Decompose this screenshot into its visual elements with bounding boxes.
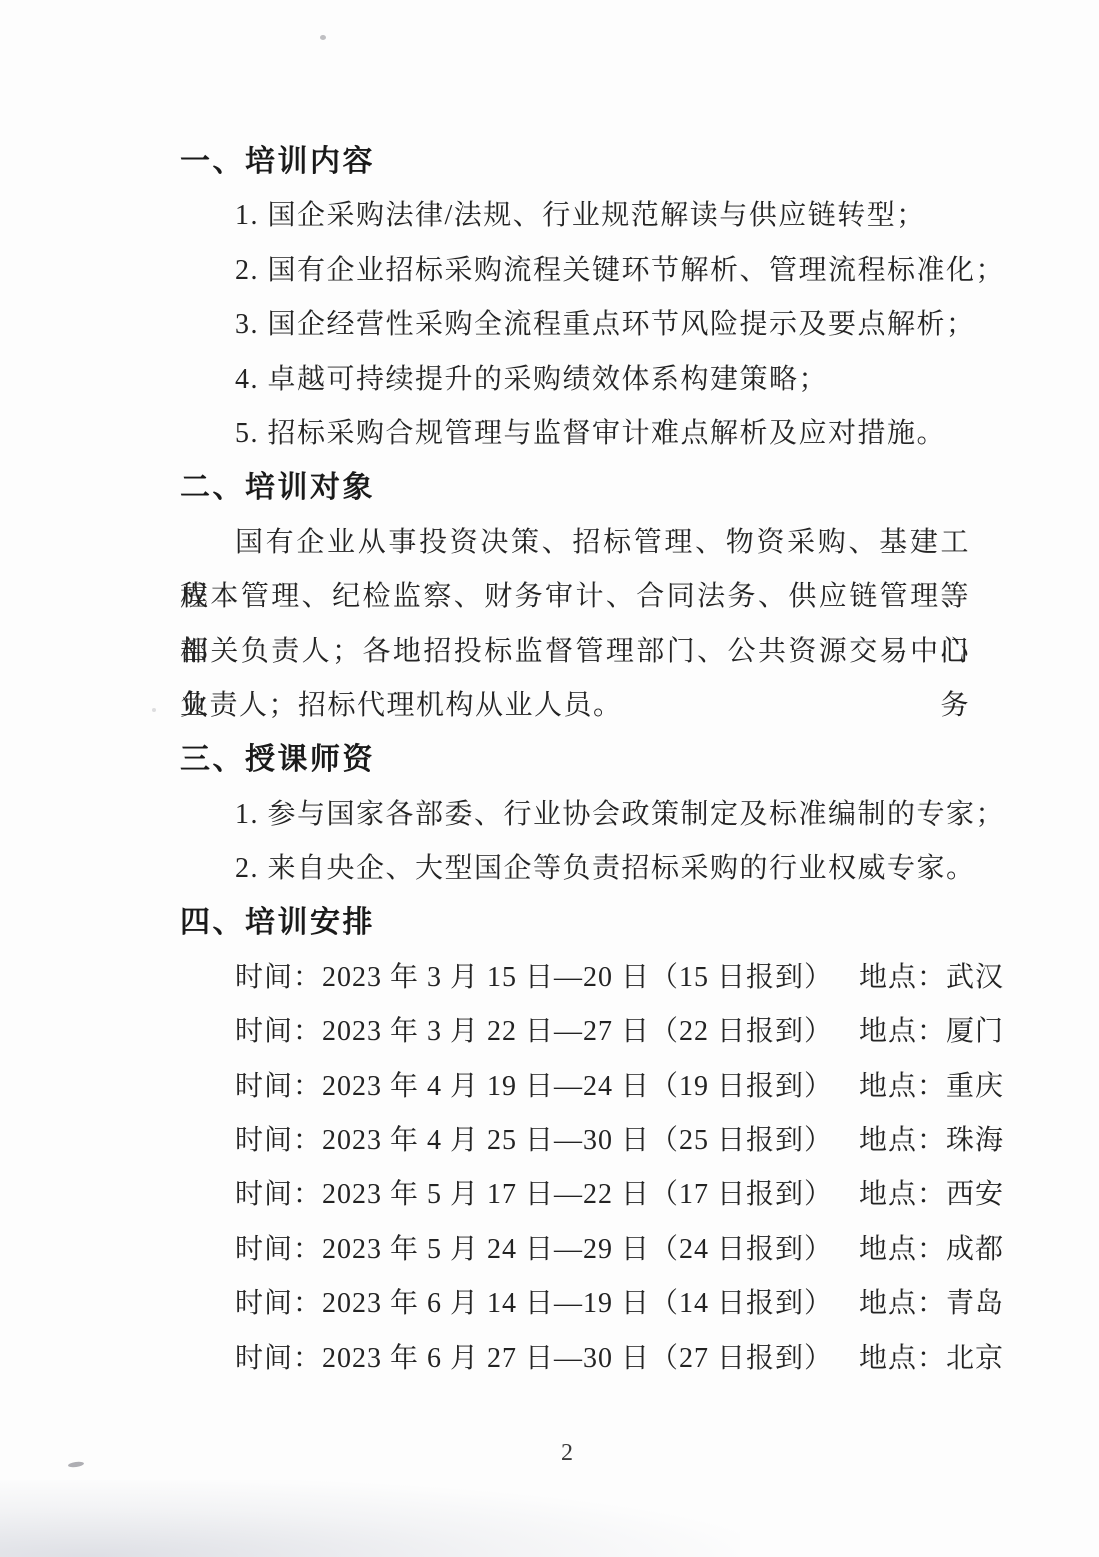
scan-speck: [320, 35, 326, 40]
page-number: 2: [552, 1438, 582, 1468]
document-body: 一、培训内容 1. 国企采购法律/法规、行业规范解读与供应链转型； 2. 国有企…: [180, 135, 970, 1386]
schedule-time: 时间：2023 年 3 月 15 日—20 日（15 日报到）: [235, 951, 833, 1005]
list-item: 5. 招标采购合规管理与监督审计难点解析及应对措施。: [180, 407, 970, 461]
schedule-time: 时间：2023 年 3 月 22 日—27 日（22 日报到）: [235, 1005, 833, 1059]
schedule-row: 时间：2023 年 3 月 15 日—20 日（15 日报到） 地点：武汉: [180, 951, 970, 1005]
schedule-time: 时间：2023 年 5 月 24 日—29 日（24 日报到）: [235, 1223, 833, 1277]
scan-shading: [0, 1480, 740, 1557]
scan-speck: [152, 708, 156, 712]
schedule-row: 时间：2023 年 6 月 14 日—19 日（14 日报到） 地点：青岛: [180, 1277, 970, 1331]
schedule-time: 时间：2023 年 6 月 27 日—30 日（27 日报到）: [235, 1332, 833, 1386]
schedule-time: 时间：2023 年 4 月 19 日—24 日（19 日报到）: [235, 1060, 833, 1114]
schedule-row: 时间：2023 年 5 月 24 日—29 日（24 日报到） 地点：成都: [180, 1223, 970, 1277]
section-heading-training-content: 一、培训内容: [180, 135, 970, 189]
list-item: 2. 国有企业招标采购流程关键环节解析、管理流程标准化；: [180, 244, 970, 298]
list-item: 4. 卓越可持续提升的采购绩效体系构建策略；: [180, 353, 970, 407]
list-item: 2. 来自央企、大型国企等负责招标采购的行业权威专家。: [180, 842, 970, 896]
paragraph-line: 相关负责人；各地招投标监督管理部门、公共资源交易中心业务: [180, 625, 970, 679]
schedule-row: 时间：2023 年 5 月 17 日—22 日（17 日报到） 地点：西安: [180, 1168, 970, 1222]
schedule-place: 地点：厦门: [859, 1005, 1004, 1059]
scan-smudge: [68, 1461, 85, 1468]
schedule-place: 地点：西安: [859, 1168, 1004, 1222]
paragraph-line: 国有企业从事投资决策、招标管理、物资采购、基建工程、: [180, 516, 970, 570]
schedule-row: 时间：2023 年 3 月 22 日—27 日（22 日报到） 地点：厦门: [180, 1005, 970, 1059]
section-heading-training-audience: 二、培训对象: [180, 461, 970, 515]
schedule-row: 时间：2023 年 6 月 27 日—30 日（27 日报到） 地点：北京: [180, 1332, 970, 1386]
list-item: 1. 参与国家各部委、行业协会政策制定及标准编制的专家；: [180, 788, 970, 842]
schedule-place: 地点：北京: [859, 1332, 1004, 1386]
schedule-place: 地点：成都: [859, 1223, 1004, 1277]
list-item: 1. 国企采购法律/法规、行业规范解读与供应链转型；: [180, 189, 970, 243]
list-item: 3. 国企经营性采购全流程重点环节风险提示及要点解析；: [180, 298, 970, 352]
section-heading-instructors: 三、授课师资: [180, 733, 970, 787]
paragraph-line: 成本管理、纪检监察、财务审计、合同法务、供应链管理等部门: [180, 570, 970, 624]
schedule-time: 时间：2023 年 4 月 25 日—30 日（25 日报到）: [235, 1114, 833, 1168]
schedule-place: 地点：珠海: [859, 1114, 1004, 1168]
schedule-place: 地点：武汉: [859, 951, 1004, 1005]
schedule-row: 时间：2023 年 4 月 25 日—30 日（25 日报到） 地点：珠海: [180, 1114, 970, 1168]
schedule-place: 地点：青岛: [859, 1277, 1004, 1331]
section-heading-training-schedule: 四、培训安排: [180, 896, 970, 950]
schedule-row: 时间：2023 年 4 月 19 日—24 日（19 日报到） 地点：重庆: [180, 1060, 970, 1114]
schedule-place: 地点：重庆: [859, 1060, 1004, 1114]
document-page: 一、培训内容 1. 国企采购法律/法规、行业规范解读与供应链转型； 2. 国有企…: [0, 0, 1099, 1557]
schedule-time: 时间：2023 年 5 月 17 日—22 日（17 日报到）: [235, 1168, 833, 1222]
schedule-time: 时间：2023 年 6 月 14 日—19 日（14 日报到）: [235, 1277, 833, 1331]
